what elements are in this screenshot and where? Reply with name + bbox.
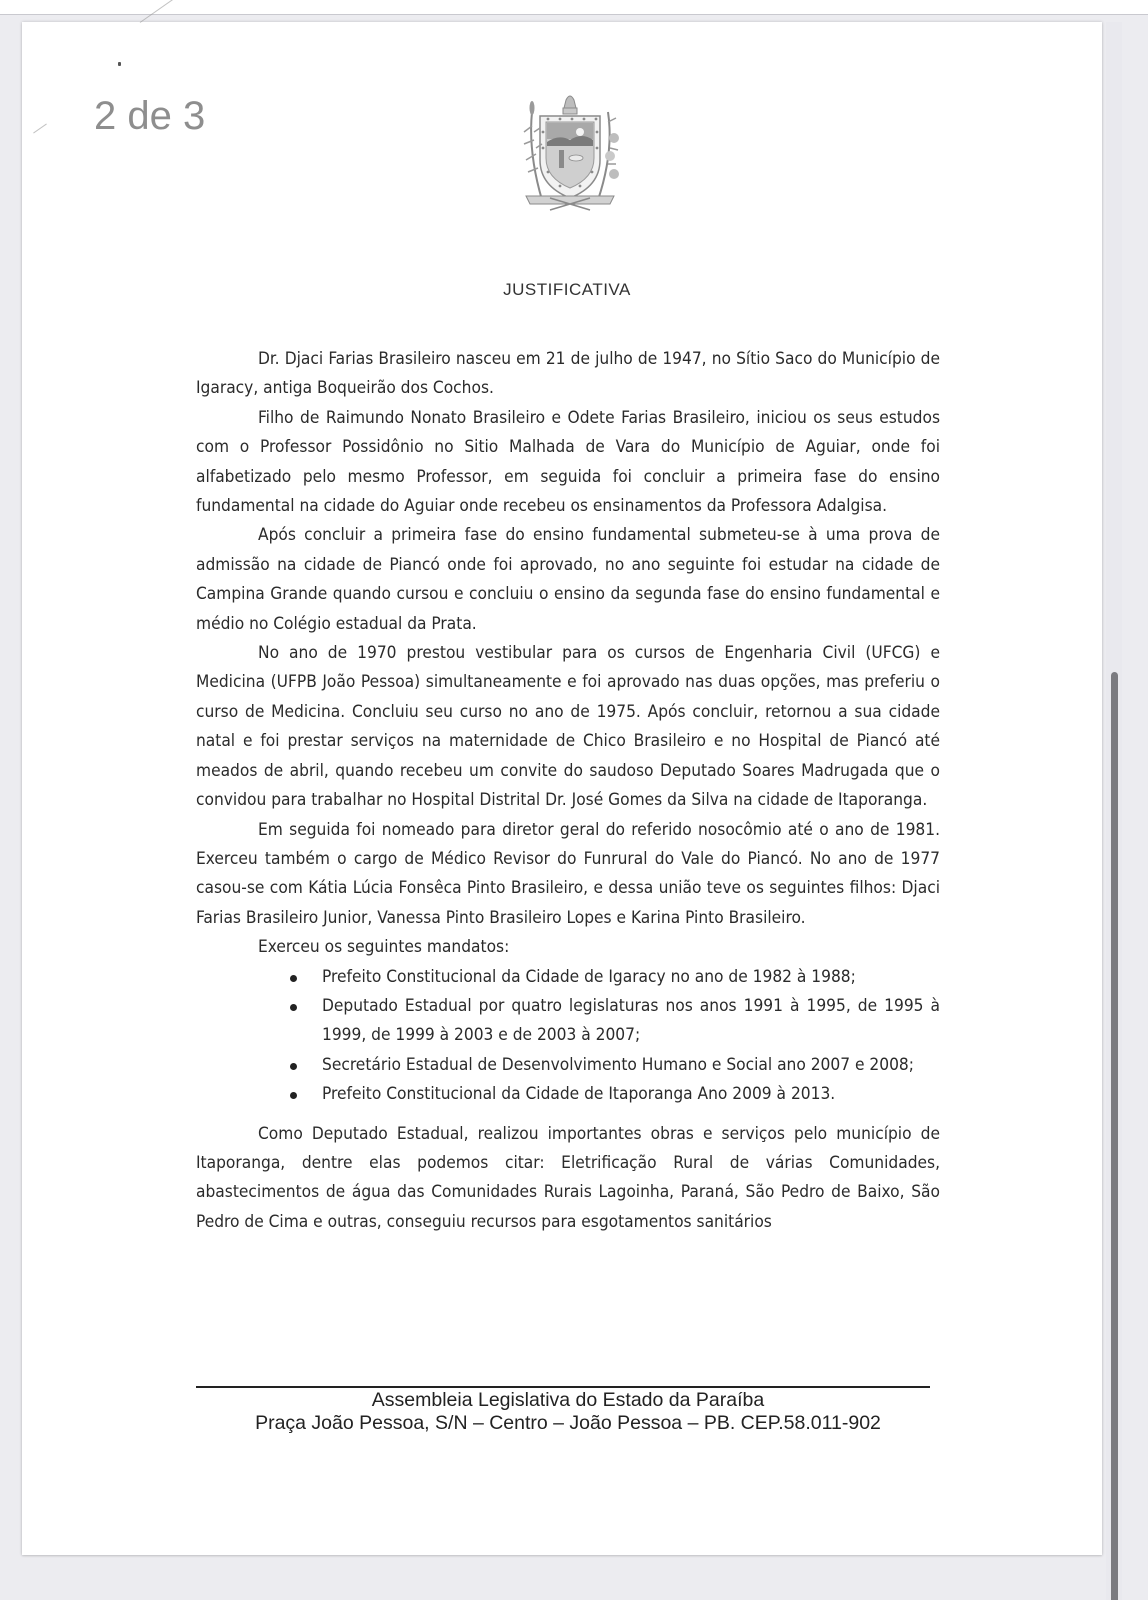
bullet-icon bbox=[290, 1092, 297, 1099]
document-body: Dr. Djaci Farias Brasileiro nasceu em 21… bbox=[196, 345, 940, 1237]
bullet-icon bbox=[290, 1004, 297, 1011]
footer-divider bbox=[196, 1386, 930, 1388]
list-item: Secretário Estadual de Desenvolvimento H… bbox=[322, 1051, 940, 1080]
coat-of-arms-icon bbox=[510, 92, 630, 218]
mandates-list: Prefeito Constitucional da Cidade de Iga… bbox=[196, 963, 940, 1110]
page-indicator: 2 de 3 bbox=[94, 94, 205, 139]
paragraph-birth: Dr. Djaci Farias Brasileiro nasceu em 21… bbox=[196, 345, 940, 404]
bullet-icon bbox=[290, 1063, 297, 1070]
viewer-top-bar bbox=[0, 0, 1148, 15]
document-title: JUSTIFICATIVA bbox=[0, 280, 1134, 300]
paragraph-parents-education: Filho de Raimundo Nonato Brasileiro e Od… bbox=[196, 404, 940, 522]
paragraph-achievements: Como Deputado Estadual, realizou importa… bbox=[196, 1120, 940, 1238]
list-item: Deputado Estadual por quatro legislatura… bbox=[322, 992, 940, 1051]
scrollbar-thumb[interactable] bbox=[1111, 672, 1118, 1600]
bullet-icon bbox=[290, 975, 297, 982]
footer-address: Praça João Pessoa, S/N – Centro – João P… bbox=[0, 1412, 1136, 1435]
scan-artifact-dot bbox=[118, 62, 121, 66]
paragraph-university: No ano de 1970 prestou vestibular para o… bbox=[196, 639, 940, 815]
paragraph-mandates-intro: Exerceu os seguintes mandatos: bbox=[196, 933, 940, 962]
list-item: Prefeito Constitucional da Cidade de Ita… bbox=[322, 1080, 940, 1109]
paragraph-career-family: Em seguida foi nomeado para diretor gera… bbox=[196, 816, 940, 934]
list-item: Prefeito Constitucional da Cidade de Iga… bbox=[322, 963, 940, 992]
document-footer: Assembleia Legislativa do Estado da Para… bbox=[0, 1389, 1136, 1435]
paragraph-secondary-school: Após concluir a primeira fase do ensino … bbox=[196, 521, 940, 639]
footer-institution: Assembleia Legislativa do Estado da Para… bbox=[0, 1389, 1136, 1412]
